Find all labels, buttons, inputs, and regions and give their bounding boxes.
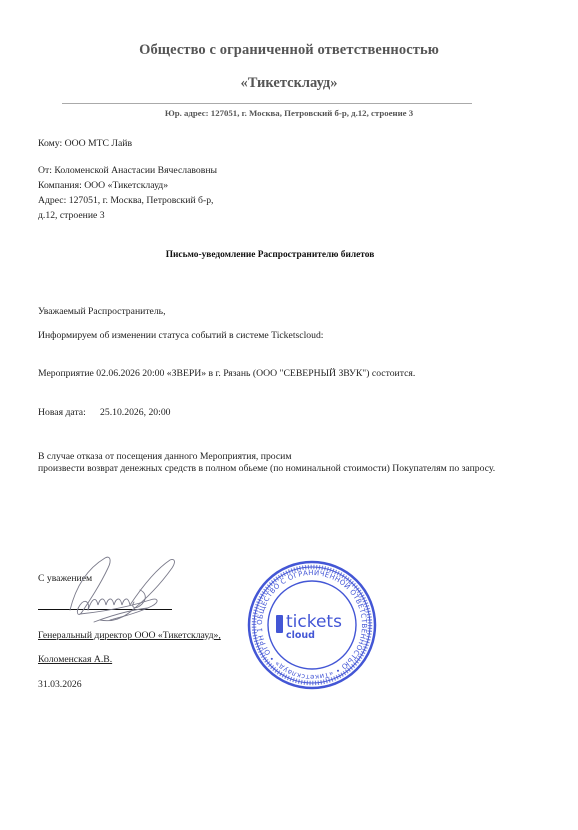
sender-company: Компания: ООО «Тикетсклауд» — [38, 180, 168, 191]
sender-address-line1: Адрес: 127051, г. Москва, Петровский б-р… — [38, 195, 213, 206]
new-date-label: Новая дата: — [38, 407, 86, 418]
header-divider — [62, 103, 472, 104]
event-status: Мероприятие 02.06.2026 20:00 «ЗВЕРИ» в г… — [38, 368, 415, 379]
recipient: Кому: ООО МТС Лайв — [38, 138, 132, 149]
refund-line2: произвести возврат денежных средств в по… — [38, 463, 495, 474]
stamp-logo-icon — [276, 615, 283, 633]
letter-date: 31.03.2026 — [38, 679, 82, 690]
handwritten-signature — [30, 550, 190, 630]
sender-address-line2: д.12, строение 3 — [38, 210, 105, 221]
legal-address: Юр. адрес: 127051, г. Москва, Петровский… — [0, 108, 578, 118]
signatory-name: Коломенская А.В. — [38, 654, 112, 665]
company-name-line1: Общество с ограниченной ответственностью — [0, 42, 578, 59]
signatory-position: Генеральный директор ООО «Тикетсклауд», — [38, 630, 221, 641]
new-date-value: 25.10.2026, 20:00 — [100, 407, 171, 418]
refund-line1: В случае отказа от посещения данного Мер… — [38, 451, 292, 462]
company-name-line2: «Тикетсклауд» — [0, 75, 578, 92]
letter-title: Письмо-уведомление Распространителю биле… — [0, 250, 540, 260]
intro: Информируем об изменении статуса событий… — [38, 330, 324, 341]
greeting: Уважаемый Распространитель, — [38, 306, 166, 317]
stamp-logo-cloud: cloud — [286, 630, 315, 641]
sender-from: От: Коломенской Анастасии Вячеславовны — [38, 165, 217, 176]
stamp-logo-tickets: tickets — [286, 612, 342, 632]
company-stamp: ОБЩЕСТВО С ОГРАНИЧЕННОЙ ОТВЕТСТВЕННОСТЬЮ… — [246, 559, 378, 691]
